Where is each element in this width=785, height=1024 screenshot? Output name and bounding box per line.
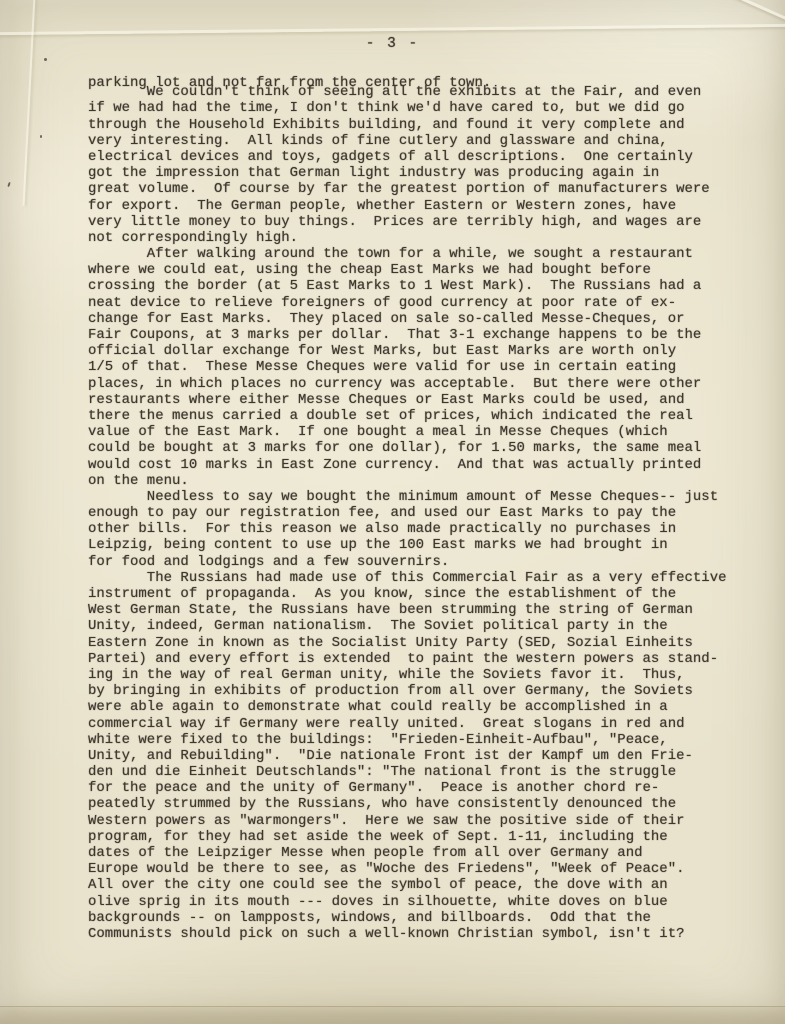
paper-speck [7,182,11,187]
text-line: Needless to say we bought the minimum am… [88,489,727,505]
text-line: The Russians had made use of this Commer… [88,570,727,586]
paper-speck [44,58,47,61]
text-line: could be bought at 3 marks for one dolla… [88,440,727,456]
text-line: on the menu. [88,473,727,489]
text-line: peatedly strummed by the Russians, who h… [88,796,727,812]
text-line: enough to pay our registration fee, and … [88,505,727,521]
paper-speck [40,135,42,138]
text-line: change for East Marks. They placed on sa… [88,311,727,327]
text-line: if we had had the time, I don't think we… [88,100,727,116]
text-line: We couldn't think of seeing all the exhi… [88,84,727,100]
paper-crease-horizontal [0,24,785,35]
paper-bottom-fold-shadow [0,1006,785,1024]
text-line: where we could eat, using the cheap East… [88,262,727,278]
text-line: electrical devices and toys, gadgets of … [88,149,727,165]
text-line: Unity, and Rebuilding". "Die nationale F… [88,748,727,764]
text-line: commercial way if Germany were really un… [88,716,727,732]
text-line: for food and lodgings and a few souverni… [88,554,727,570]
text-line: backgrounds -- on lampposts, windows, an… [88,910,727,926]
text-line: Unity, indeed, German nationalism. The S… [88,618,727,634]
text-line: other bills. For this reason we also mad… [88,521,727,537]
paper-crease-diagonal [629,0,785,40]
text-line: Fair Coupons, at 3 marks per dollar. Tha… [88,327,727,343]
text-line: were able again to demonstrate what coul… [88,699,727,715]
text-line: West German State, the Russians have bee… [88,602,727,618]
text-line: got the impression that German light ind… [88,165,727,181]
text-line: white were fixed to the buildings: "Frie… [88,732,727,748]
text-line: Partei) and every effort is extended to … [88,651,727,667]
text-line: would cost 10 marks in East Zone currenc… [88,457,727,473]
paper-crease-vertical [23,0,36,206]
text-line: neat device to relieve foreigners of goo… [88,295,727,311]
text-line: great volume. Of course by far the great… [88,181,727,197]
scanned-typewritten-page: - 3 - parking lot and not far from the c… [0,0,785,1024]
text-line: Eastern Zone in known as the Socialist U… [88,635,727,651]
text-line: very little money to buy things. Prices … [88,214,727,230]
text-line: ing in the way of real German unity, whi… [88,667,727,683]
text-line: Western powers as "warmongers". Here we … [88,813,727,829]
text-line: instrument of propaganda. As you know, s… [88,586,727,602]
text-line: dates of the Leipziger Messe when people… [88,845,727,861]
text-line: by bringing in exhibits of production fr… [88,683,727,699]
text-line: program, for they had set aside the week… [88,829,727,845]
text-line: Europe would be there to see, as "Woche … [88,861,727,877]
text-line: All over the city one could see the symb… [88,877,727,893]
text-line: olive sprig in its mouth --- doves in si… [88,894,727,910]
text-line: Communists should pick on such a well-kn… [88,926,727,942]
text-line: den und die Einheit Deutschlands": "The … [88,764,727,780]
text-line: value of the East Mark. If one bought a … [88,424,727,440]
text-line: After walking around the town for a whil… [88,246,727,262]
text-line: restaurants where either Messe Cheques o… [88,392,727,408]
page-number: - 3 - [0,36,785,52]
text-line: places, in which places no currency was … [88,376,727,392]
text-line: official dollar exchange for West Marks,… [88,343,727,359]
text-line: for export. The German people, whether E… [88,198,727,214]
text-line: 1/5 of that. These Messe Cheques were va… [88,359,727,375]
text-line: not correspondingly high. [88,230,727,246]
text-line: Leipzig, being content to use up the 100… [88,537,727,553]
text-line: through the Household Exhibits building,… [88,117,727,133]
document-body: parking lot and not far from the center … [88,75,727,942]
text-line: crossing the border (at 5 East Marks to … [88,278,727,294]
text-line: there the menus carried a double set of … [88,408,727,424]
text-line: very interesting. All kinds of fine cutl… [88,133,727,149]
text-line: for the peace and the unity of Germany".… [88,780,727,796]
